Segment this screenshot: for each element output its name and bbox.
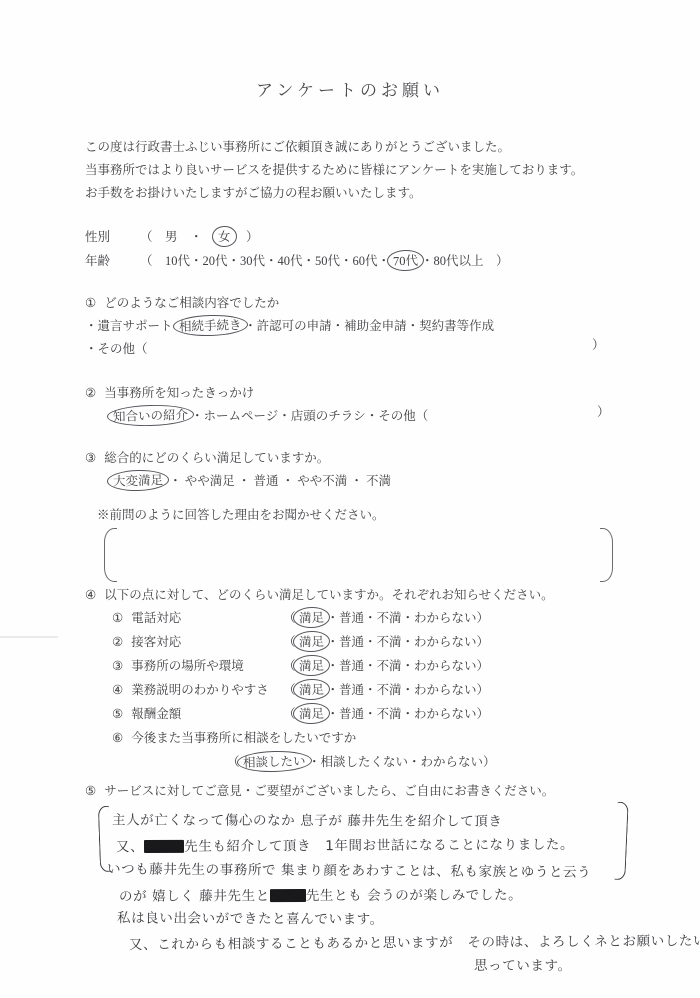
q4-item-label: 報酬金額 [131,707,181,721]
handwritten-text: 先生とも 会うのが楽しみでした。 [306,887,522,904]
q3-answer-circled: 大変満足 [107,469,170,492]
q4-item-number: ④ [112,683,123,697]
q4-item-label: 今後また当事務所に相談をしたいですか [131,731,356,745]
handwritten-line: のが 嬉しく 藤井先生と先生とも 会うのが楽しみでした。 [119,883,522,904]
scan-artifact [0,636,58,638]
q4-item-number: ⑥ [112,731,123,745]
q4-item-number: ② [112,635,123,649]
q4-item-number: ⑤ [112,707,123,721]
q1-options: ・遺言サポート 相続手続き・許認可の申請・補助金申請・契約書等作成 [85,316,494,334]
q1-header: ①どのようなご相談内容でしたか [85,293,279,311]
age-label: 年齢 [85,254,110,268]
q3-number: ③ [85,451,96,465]
handwritten-line: いつも藤井先生の事務所で 集まり顔をあわすことは、私も家族とゆうと云う [107,857,591,880]
handwritten-line: 主人が亡くなって傷心のなか 息子が 藤井先生を紹介して頂き [112,808,503,829]
intro-line-2: 当事務所ではより良いサービスを提供するために皆様にアンケートを実施しております。 [85,160,583,178]
q1-option-prefix: ・遺言サポート [85,319,176,333]
q4-item-label: 接客対応 [131,635,181,649]
q4-options-rest: ・普通・不満・わからない） [327,635,490,649]
q4-item-row: ④業務説明のわかりやすさ [112,680,269,698]
q4-item-row: ②接客対応 [112,632,181,650]
q2-title: 当事務所を知ったきっかけ [104,386,254,400]
q3-title: 総合的にどのくらい満足していますか。 [104,451,329,465]
q2-header: ②当事務所を知ったきっかけ [85,383,254,401]
q2-number: ② [85,386,96,400]
q4-answer-circled: 満足 [292,679,330,701]
redaction-box [144,840,184,853]
q4-number: ④ [85,588,96,602]
intro-line-1: この度は行政書士ふじい事務所にご依頼頂き誠にありがとうございました。 [85,137,510,155]
q5-header: ⑤サービスに対してご意見・ご要望がございましたら、ご自由にお書きください。 [85,781,554,799]
age-row: 年齢（ 10代・20代・30代・40代・50代・60代・70代・80代以上 ） [85,251,509,269]
q3-header: ③総合的にどのくらい満足していますか。 [85,448,329,466]
q4-title: 以下の点に対して、どのくらい満足していますか。それぞれお知らせください。 [104,588,553,602]
q4-item-options: （満足・普通・不満・わからない） [283,608,489,626]
survey-sheet: アンケートのお願い この度は行政書士ふじい事務所にご依頼頂き誠にありがとうござい… [0,0,700,998]
q4-item-number: ① [112,611,123,625]
q2-option-suffix: ・ホームページ・店頭のチラシ・その他（ [191,409,428,423]
q5-number: ⑤ [85,784,96,798]
reason-box-left-paren [104,528,117,582]
age-options-after: ・80代以上 ） [421,254,509,268]
q4-item-options: （満足・普通・不満・わからない） [283,680,489,698]
q4-answer-circled: 満足 [292,655,330,677]
handwritten-text: 先生も紹介して頂き 1年間お世話になることになりました。 [184,837,574,855]
q4-item-label: 業務説明のわかりやすさ [131,683,269,697]
handwritten-text: 又、 [116,839,144,855]
q4-header: ④以下の点に対して、どのくらい満足していますか。それぞれお知らせください。 [85,585,554,603]
q3-options: 大変満足 ・ やや満足 ・ 普通 ・ やや不満 ・ 不満 [110,471,391,489]
handwritten-line: 思っています。 [474,954,572,975]
q4-item-row: ①電話対応 [112,608,181,626]
reason-box-right-paren [600,528,613,582]
q1-title: どのようなご相談内容でしたか [104,296,279,310]
q4-answer-circled: 満足 [292,631,330,653]
q4-item-label: 電話対応 [131,611,181,625]
q1-answer-circled: 相続手続き [172,314,247,337]
q4-item-row: ⑤報酬金額 [112,704,181,722]
q4-item-row: ③事務所の場所や環境 [112,656,244,674]
q5-title: サービスに対してご意見・ご要望がございましたら、ご自由にお書きください。 [104,784,554,798]
handwritten-line: 又、これからも相談することもあるかと思いますが その時は、よろしくネとお願いした… [129,929,700,953]
q3-reason-note: ※前問のように回答した理由をお聞かせください。 [97,505,385,523]
q3-option-suffix: ・ やや満足 ・ 普通 ・ やや不満 ・ 不満 [166,474,391,488]
q4-options-rest: ・普通・不満・わからない） [327,683,490,697]
handwritten-line: 又、先生も紹介して頂き 1年間お世話になることになりました。 [116,833,574,855]
page-title: アンケートのお願い [0,76,700,101]
q1-other-label: ・その他（ [85,339,148,357]
q4-item-label: 事務所の場所や環境 [131,659,244,673]
age-answer-circled: 70代 [387,250,425,272]
q4-options-rest: ・相談したくない・わからない） [308,755,496,769]
gender-answer-circled: 女 [212,226,237,248]
q4-item6-row: ⑥今後また当事務所に相談をしたいですか [112,728,356,746]
age-options-before: （ 10代・20代・30代・40代・50代・60代・ [140,254,390,268]
q4-item6-options: （相談したい・相談したくない・わからない） [227,752,496,770]
gender-label: 性別 [85,230,110,244]
gender-options: （ 男 ・ [140,230,215,244]
q2-options: 知合いの紹介・ホームページ・店頭のチラシ・その他（ [110,406,428,424]
handwritten-text: のが 嬉しく 藤井先生と [119,888,270,905]
q2-close-paren: ） [597,402,610,420]
q1-number: ① [85,296,96,310]
q4-item-number: ③ [112,659,123,673]
q4-options-rest: ・普通・不満・わからない） [327,707,490,721]
q4-item-options: （満足・普通・不満・わからない） [283,632,489,650]
q2-answer-circled: 知合いの紹介 [107,404,195,427]
q4-answer-circled: 満足 [292,607,330,629]
gender-close-paren: ） [234,230,259,244]
redaction-box [270,889,306,902]
handwritten-line: 私は良い出会いができたと喜んでいます。 [117,906,384,927]
q1-other-close-paren: ） [592,335,605,353]
q1-option-suffix: ・許認可の申請・補助金申請・契約書等作成 [244,319,494,333]
comment-right-paren [614,802,628,880]
q4-item-options: （満足・普通・不満・わからない） [283,704,489,722]
q4-answer-circled: 満足 [292,703,330,725]
gender-row: 性別（ 男 ・ 女 ） [85,227,259,245]
q4-answer-circled: 相談したい [236,750,311,773]
q4-item-options: （満足・普通・不満・わからない） [283,656,489,674]
q4-options-rest: ・普通・不満・わからない） [327,611,490,625]
q4-options-rest: ・普通・不満・わからない） [327,659,490,673]
intro-line-3: お手数をお掛けいたしますがご協力の程お願いいたします。 [85,183,422,201]
